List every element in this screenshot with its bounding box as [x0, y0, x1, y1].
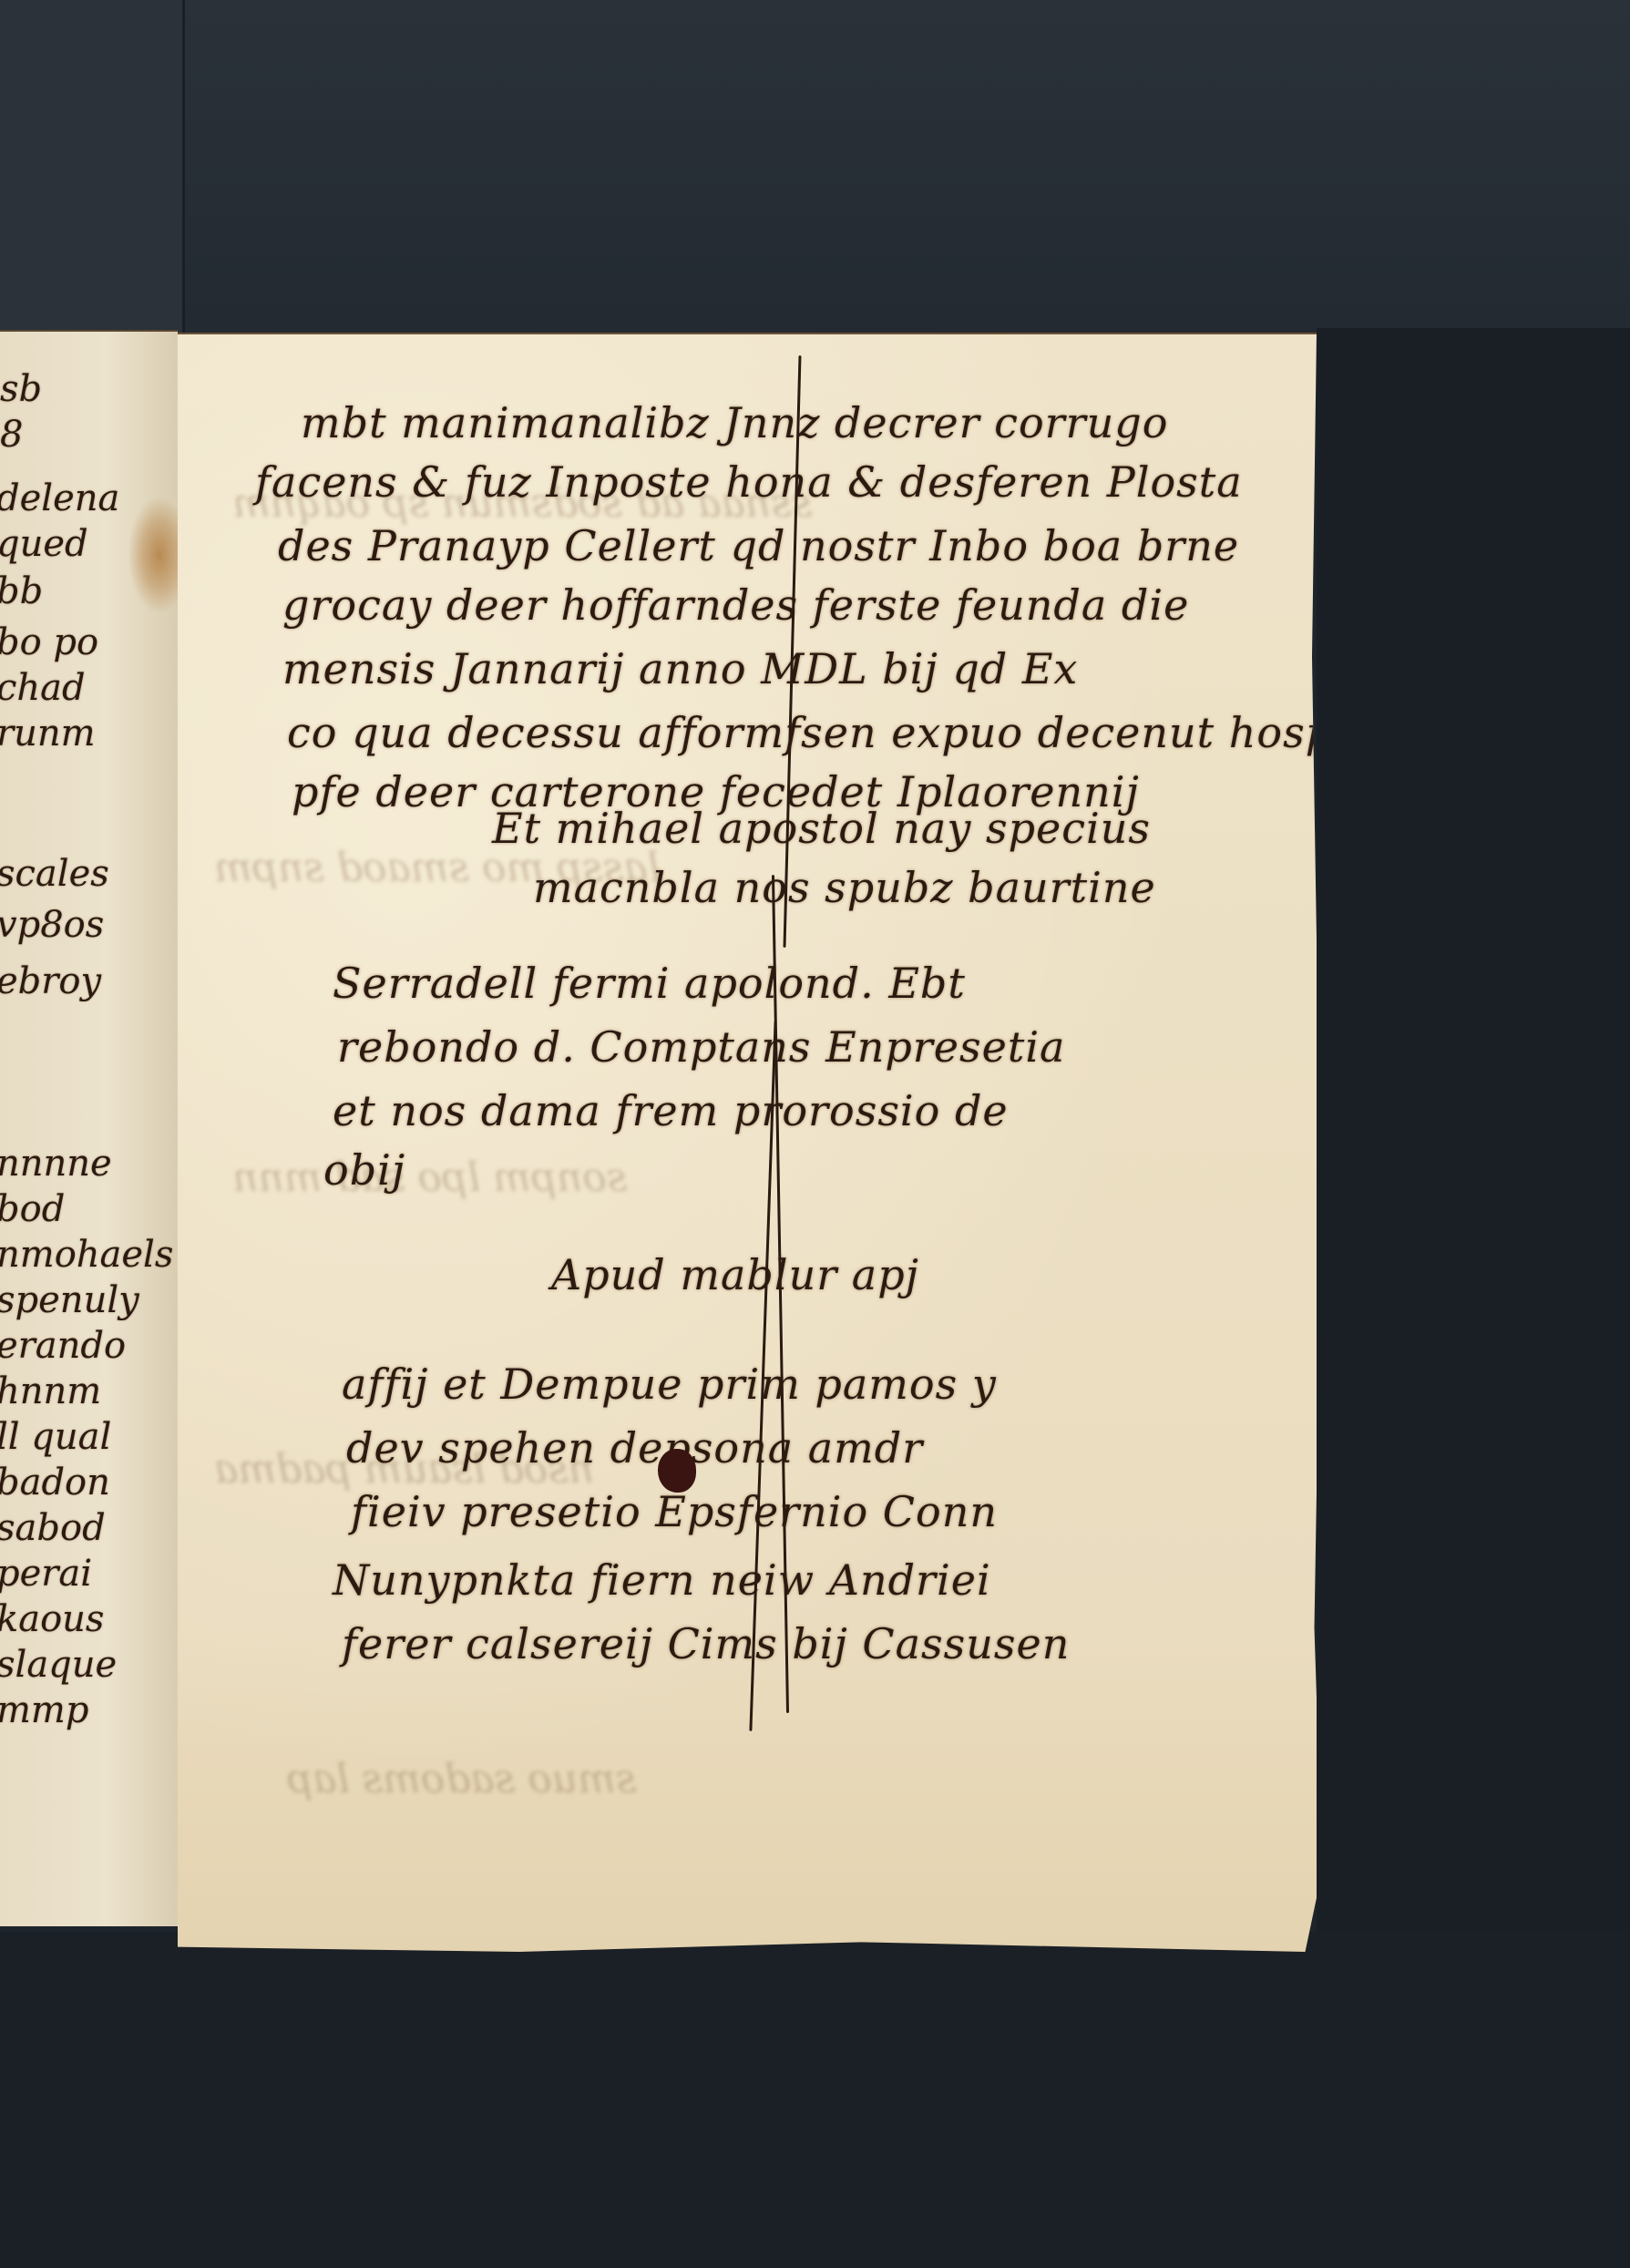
left-fragment: spenuly — [0, 1279, 139, 1321]
backdrop-fold-strip — [0, 0, 185, 333]
left-fragment: perai — [0, 1553, 92, 1595]
dark-backdrop-top — [0, 0, 1630, 333]
manuscript-line: macnbla nos spubz baurtine — [533, 863, 1156, 912]
left-fragment: scales — [0, 853, 109, 895]
manuscript-line: Serradell fermi apolond. Ebt — [333, 959, 966, 1008]
manuscript-line: obij — [323, 1145, 405, 1195]
manuscript-line: co qua decessu afformfsen expuo decenut … — [287, 708, 1348, 757]
left-fragment: hnnm — [0, 1370, 101, 1412]
left-fragment: bod — [0, 1188, 65, 1230]
main-page-leaf: ssnaa ad sodsmun sp oaqnm lassp mo smaod… — [178, 333, 1317, 1952]
manuscript-line: Et mihael apostol nay specius — [492, 804, 1151, 853]
left-page-leaf: sb 8 delena qued bb bo po chad runm scal… — [0, 330, 178, 1926]
manuscript-line: grocay deer hoffarndes ferste feunda die — [282, 580, 1189, 630]
manuscript-line: dev spehen depsona amdr — [346, 1423, 923, 1473]
left-fragment: sabod — [0, 1507, 106, 1549]
left-fragment: 8 — [0, 414, 23, 456]
manuscript-line: mbt manimanalibz Jnnz decrer corrugo — [301, 398, 1168, 447]
left-fragment: slaque — [0, 1644, 117, 1686]
left-fragment: vp8os — [0, 904, 104, 946]
left-fragment: nmohaels — [0, 1234, 173, 1276]
left-fragment: chad — [0, 667, 86, 709]
bleed-through-text: smuo sadoms lap — [287, 1756, 636, 1802]
left-fragment: ll qual — [0, 1416, 111, 1458]
ink-blot — [658, 1449, 696, 1493]
manuscript-line: mensis Jannarij anno MDL bij qd Ex — [282, 644, 1078, 693]
manuscript-line: ferer calsereij Cims bij Cassusen — [342, 1619, 1070, 1668]
left-fragment: erando — [0, 1325, 126, 1367]
left-fragment: runm — [0, 713, 96, 754]
left-fragment: qued — [0, 523, 88, 565]
left-fragment: bo po — [0, 621, 98, 663]
manuscript-line: rebondo d. Comptans Enpresetia — [337, 1022, 1065, 1072]
dark-backdrop-bottom — [0, 1932, 1630, 2268]
dark-backdrop-right — [1317, 328, 1630, 1950]
left-fragment: badon — [0, 1462, 110, 1503]
left-fragment: sb — [0, 368, 42, 410]
left-fragment: bb — [0, 570, 43, 612]
left-fragment: kaous — [0, 1598, 104, 1640]
bleed-through-text: sonpm lpo sad mnn — [232, 1155, 627, 1201]
manuscript-line: fieiv presetio Epsfernio Conn — [351, 1487, 998, 1536]
manuscript-line: Nunypnkta fiern neiw Andriei — [333, 1555, 991, 1605]
left-fragment: delena — [0, 477, 119, 519]
manuscript-line: facens & fuz Inposte hona & desferen Plo… — [255, 457, 1243, 507]
manuscript-line: et nos dama frem prorossio de — [333, 1086, 1009, 1135]
left-fragment: mmp — [0, 1689, 88, 1731]
left-fragment: nnnne — [0, 1143, 112, 1185]
manuscript-line: affij et Dempue prim pamos y — [342, 1360, 997, 1409]
manuscript-line: des Pranayp Cellert qd nostr Inbo boa br… — [278, 521, 1239, 570]
left-fragment: ebroy — [0, 960, 101, 1002]
manuscript-heading: Apud mablur apj — [551, 1250, 919, 1299]
